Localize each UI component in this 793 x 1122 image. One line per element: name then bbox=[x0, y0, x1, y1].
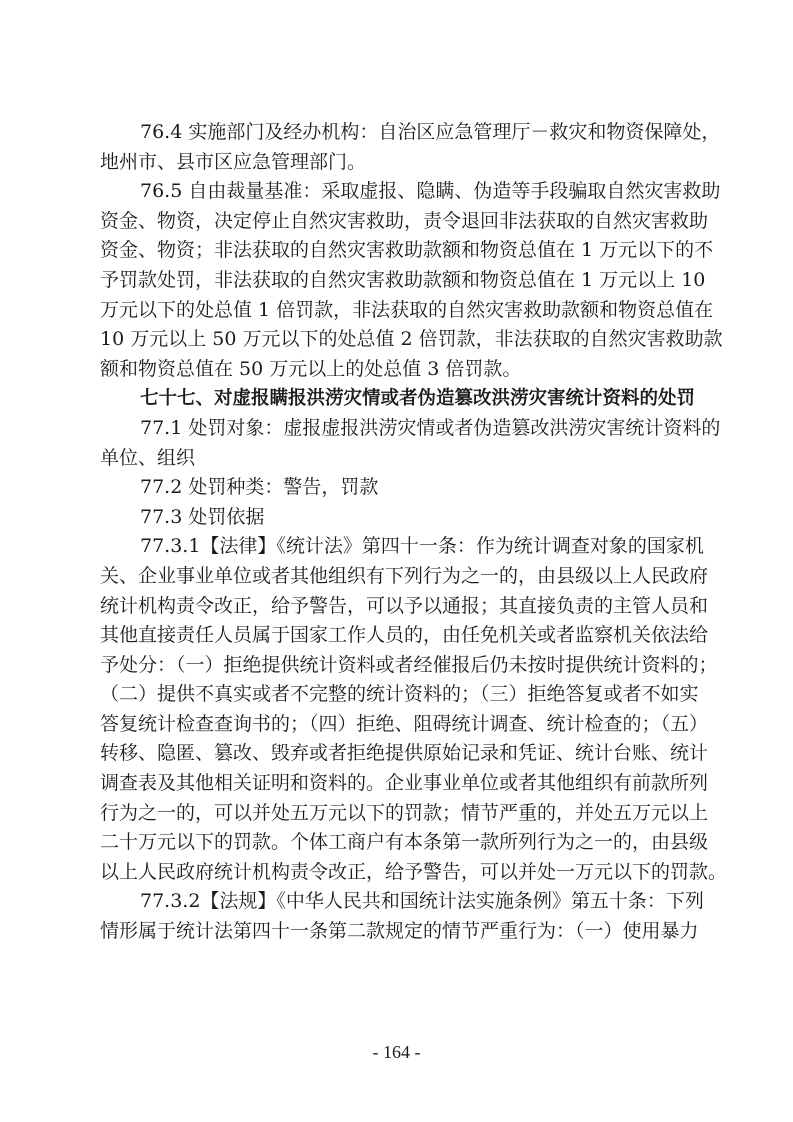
text-line: 关、企业事业单位或者其他组织有下列行为之一的，由县级以上人民政府 bbox=[100, 562, 684, 592]
text-line: 地州市、县市区应急管理部门。 bbox=[100, 148, 684, 178]
text-line: 76.4 实施部门及经办机构：自治区应急管理厅－救灾和物资保障处， bbox=[100, 118, 684, 148]
text-line: 答复统计检查查询书的；（四）拒绝、阻碍统计调查、统计检查的；（五） bbox=[100, 710, 684, 740]
text-line: 资金、物资；非法获取的自然灾害救助款额和物资总值在 1 万元以下的不 bbox=[100, 236, 684, 266]
text-line: 以上人民政府统计机构责令改正，给予警告，可以并处一万元以下的罚款。 bbox=[100, 858, 684, 888]
document-body: 76.4 实施部门及经办机构：自治区应急管理厅－救灾和物资保障处，地州市、县市区… bbox=[100, 118, 684, 947]
text-line: 万元以下的处总值 1 倍罚款，非法获取的自然灾害救助款额和物资总值在 bbox=[100, 296, 684, 326]
text-line: 额和物资总值在 50 万元以上的处总值 3 倍罚款。 bbox=[100, 355, 684, 385]
document-page: 76.4 实施部门及经办机构：自治区应急管理厅－救灾和物资保障处，地州市、县市区… bbox=[0, 0, 793, 1122]
text-line: 其他直接责任人员属于国家工作人员的，由任免机关或者监察机关依法给 bbox=[100, 621, 684, 651]
text-line: 二十万元以下的罚款。个体工商户有本条第一款所列行为之一的，由县级 bbox=[100, 828, 684, 858]
text-line: 77.3.2【法规】《中华人民共和国统计法实施条例》第五十条：下列 bbox=[100, 887, 684, 917]
page-number: - 164 - bbox=[0, 1042, 793, 1063]
text-line: 统计机构责令改正，给予警告，可以予以通报；其直接负责的主管人员和 bbox=[100, 592, 684, 622]
text-line: 予处分：（一）拒绝提供统计资料或者经催报后仍未按时提供统计资料的； bbox=[100, 651, 684, 681]
text-line: 资金、物资，决定停止自然灾害救助，责令退回非法获取的自然灾害救助 bbox=[100, 207, 684, 237]
text-line: 单位、组织 bbox=[100, 444, 684, 474]
text-line: 调查表及其他相关证明和资料的。企业事业单位或者其他组织有前款所列 bbox=[100, 769, 684, 799]
text-line: 10 万元以上 50 万元以下的处总值 2 倍罚款，非法获取的自然灾害救助款 bbox=[100, 325, 684, 355]
text-line: 77.1 处罚对象：虚报虚报洪涝灾情或者伪造篡改洪涝灾害统计资料的 bbox=[100, 414, 684, 444]
text-line: 77.2 处罚种类：警告，罚款 bbox=[100, 473, 684, 503]
text-line: 予罚款处罚，非法获取的自然灾害救助款额和物资总值在 1 万元以上 10 bbox=[100, 266, 684, 296]
text-line: 77.3.1【法律】《统计法》第四十一条：作为统计调查对象的国家机 bbox=[100, 532, 684, 562]
text-line: 77.3 处罚依据 bbox=[100, 503, 684, 533]
text-line: 76.5 自由裁量基准：采取虚报、隐瞒、伪造等手段骗取自然灾害救助 bbox=[100, 177, 684, 207]
text-line: 转移、隐匿、篡改、毁弃或者拒绝提供原始记录和凭证、统计台账、统计 bbox=[100, 739, 684, 769]
text-line: 情形属于统计法第四十一条第二款规定的情节严重行为：（一）使用暴力 bbox=[100, 917, 684, 947]
text-line: （二）提供不真实或者不完整的统计资料的；（三）拒绝答复或者不如实 bbox=[100, 680, 684, 710]
text-line: 行为之一的，可以并处五万元以下的罚款；情节严重的，并处五万元以上 bbox=[100, 799, 684, 829]
section-heading: 七十七、对虚报瞒报洪涝灾情或者伪造篡改洪涝灾害统计资料的处罚 bbox=[100, 384, 684, 414]
